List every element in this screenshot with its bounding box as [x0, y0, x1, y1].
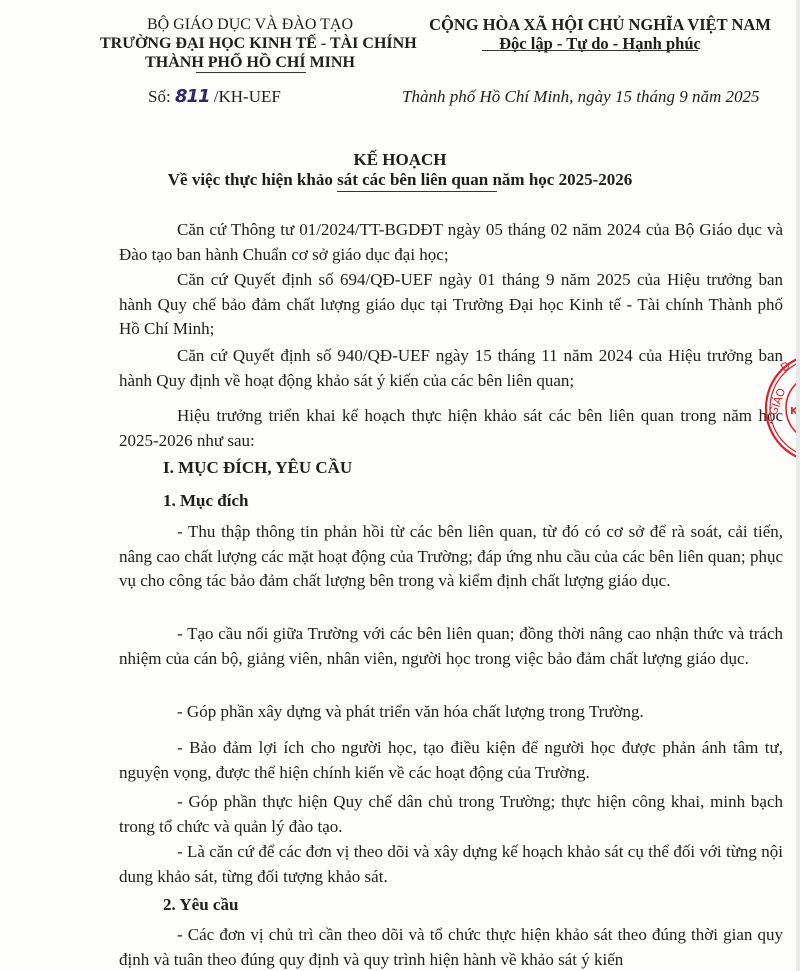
purpose-item: - Góp phần thực hiện Quy chế dân chủ tro… [119, 790, 783, 839]
subsection-heading: 2. Yêu cầu [163, 895, 238, 915]
document-number: Số: 811 /KH-UEF [148, 86, 281, 107]
preamble-paragraph: Hiệu trưởng triển khai kế hoạch thực hiệ… [119, 404, 783, 453]
purpose-item: - Thu thập thông tin phản hồi từ các bên… [119, 520, 783, 594]
purpose-item: - Tạo cầu nối giữa Trường với các bên li… [119, 622, 783, 671]
doc-number-suffix: /KH-UEF [214, 87, 281, 106]
purpose-item: - Góp phần xây dựng và phát triển văn hó… [119, 700, 783, 725]
motto-underline [482, 50, 698, 51]
official-seal: GIÁO D KINH T H [762, 350, 800, 465]
preamble-paragraph: Căn cứ Quyết định số 940/QĐ-UEF ngày 15 … [119, 344, 783, 393]
university-name-line2: THÀNH PHỐ HỒ CHÍ MINH [100, 53, 400, 72]
document-type: KẾ HOẠCH [0, 150, 800, 170]
doc-number-handwritten: 811 [175, 86, 210, 107]
national-title: CỘNG HÒA XÃ HỘI CHỦ NGHĨA VIỆT NAM [415, 15, 785, 34]
title-underline [337, 191, 497, 192]
section-heading: I. MỤC ĐÍCH, YÊU CẦU [163, 458, 352, 478]
place-date: Thành phố Hồ Chí Minh, ngày 15 tháng 9 n… [402, 87, 759, 107]
university-name-line1: TRƯỜNG ĐẠI HỌC KINH TẾ - TÀI CHÍNH [100, 34, 400, 53]
doc-number-prefix: Số: [148, 87, 171, 106]
purpose-item: - Là căn cứ để các đơn vị theo dõi và xâ… [119, 840, 783, 889]
seal-stamp-icon: GIÁO D KINH T H [762, 350, 800, 465]
page-edge [796, 0, 800, 971]
preamble-paragraph: Căn cứ Quyết định số 694/QĐ-UEF ngày 01 … [119, 268, 783, 342]
requirement-item: - Các đơn vị chủ trì cần theo dõi và tổ … [119, 923, 783, 971]
header-left: BỘ GIÁO DỤC VÀ ĐÀO TẠO TRƯỜNG ĐẠI HỌC KI… [100, 15, 400, 72]
purpose-item: - Bảo đảm lợi ích cho người học, tạo điề… [119, 736, 783, 785]
subsection-heading: 1. Mục đích [163, 491, 248, 511]
document-subject: Về việc thực hiện khảo sát các bên liên … [0, 170, 800, 190]
header-left-underline [196, 72, 306, 73]
preamble-paragraph: Căn cứ Thông tư 01/2024/TT-BGDĐT ngày 05… [119, 218, 783, 267]
ministry-name: BỘ GIÁO DỤC VÀ ĐÀO TẠO [100, 15, 400, 34]
